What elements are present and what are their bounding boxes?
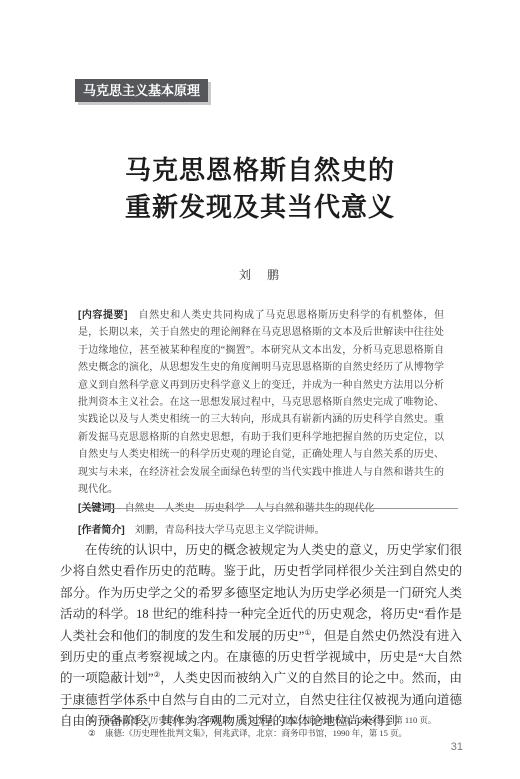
footnote-item-1: ① 柯林武德:《历史的观念》，何兆武、张文杰译，北京：商务印书馆，2009 年，… (88, 714, 446, 727)
author-bio-line: [作者简介] 刘鹏，青岛科技大学马克思主义学院讲师。 (78, 522, 444, 539)
article-title-line-1: 马克思恩格斯自然史的 (0, 152, 520, 189)
footnote-separator-rule (62, 708, 150, 709)
section-divider-rule (88, 508, 458, 509)
author-name: 刘 鹏 (0, 266, 520, 283)
abstract-label: [内容提要] (78, 310, 127, 321)
category-badge: 马克思主义基本原理 (75, 79, 208, 102)
footnotes-block: ① 柯林武德:《历史的观念》，何兆武、张文杰译，北京：商务印书馆，2009 年，… (88, 714, 446, 740)
abstract-paragraph: [内容提要] 自然史和人类史共同构成了马克思恩格斯历史科学的有机整体，但是，长期… (78, 307, 444, 498)
footnote-text-2: 康德:《历史理性批判文集》，何兆武译，北京：商务印书馆，1990 年，第 15 … (105, 727, 446, 740)
article-title-line-2: 重新发现及其当代意义 (0, 189, 520, 226)
footnote-marker-1: ① (88, 714, 105, 727)
footnote-marker-2: ② (88, 727, 105, 740)
page-number: 31 (451, 741, 463, 753)
footnote-text-1: 柯林武德:《历史的观念》，何兆武、张文杰译，北京：商务印书馆，2009 年，第 … (105, 714, 446, 727)
abstract-block: [内容提要] 自然史和人类史共同构成了马克思恩格斯历史科学的有机整体，但是，长期… (78, 307, 444, 539)
article-title: 马克思恩格斯自然史的 重新发现及其当代意义 (0, 152, 520, 226)
abstract-text: 自然史和人类史共同构成了马克思恩格斯历史科学的有机整体，但是，长期以来，关于自然… (78, 310, 444, 495)
author-bio-text: 刘鹏，青岛科技大学马克思主义学院讲师。 (135, 525, 325, 536)
keywords-line: [关键词] 自然史 人类史 历史科学 人与自然和谐共生的现代化 (78, 500, 444, 517)
journal-article-page: 马克思主义基本原理 马克思恩格斯自然史的 重新发现及其当代意义 刘 鹏 [内容提… (0, 0, 520, 779)
body-paragraph: 在传统的认识中，历史的概念被规定为人类史的意义，历史学家们很少将自然史看作历史的… (60, 540, 462, 733)
author-bio-label: [作者简介] (78, 525, 125, 536)
footnote-item-2: ② 康德:《历史理性批判文集》，何兆武译，北京：商务印书馆，1990 年，第 1… (88, 727, 446, 740)
